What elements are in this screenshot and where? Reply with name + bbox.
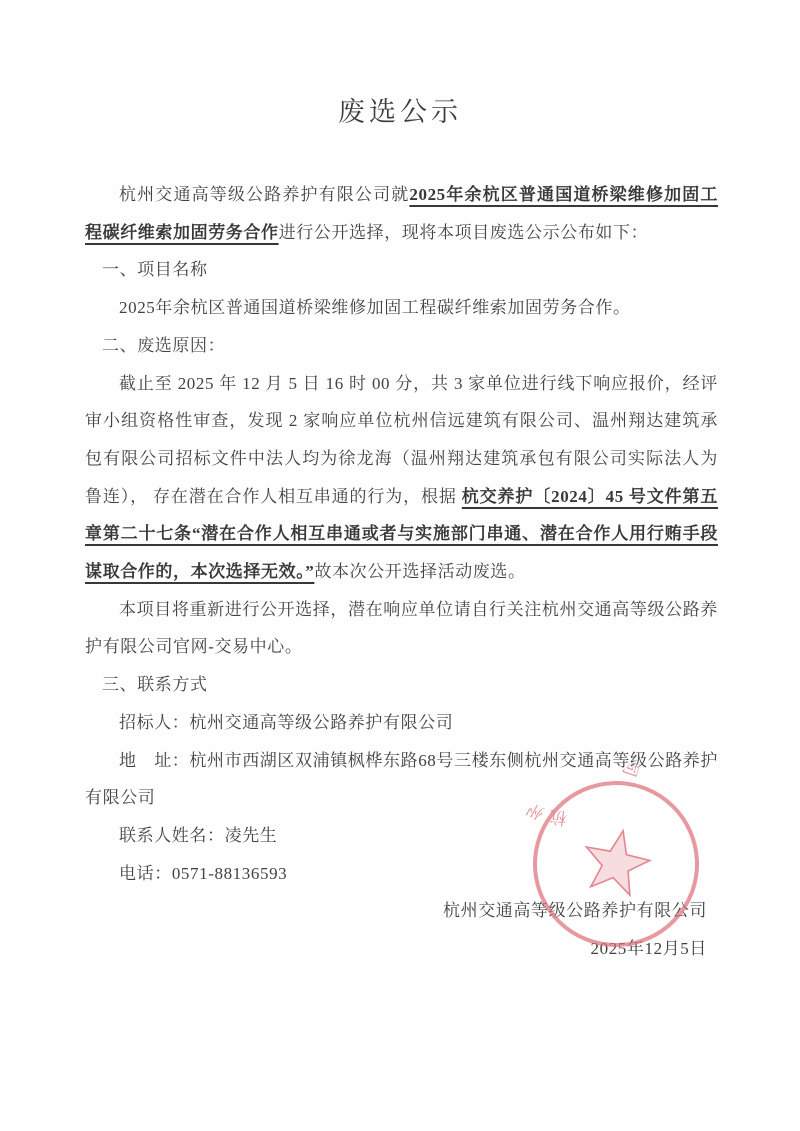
project-name-line: 2025年余杭区普通国道桥梁维修加固工程碳纤维索加固劳务合作。	[85, 289, 718, 327]
contact-person-label: 联系人姓名：	[119, 826, 225, 845]
document-body: 杭州交通高等级公路养护有限公司就2025年余杭区普通国道桥梁维修加固工程碳纤维索…	[85, 176, 718, 968]
reselect-notice-paragraph: 本项目将重新进行公开选择，潜在响应单位请自行关注杭州交通高等级公路养护有限公司官…	[85, 591, 718, 666]
phone-label: 电话：	[119, 864, 172, 883]
intro-suffix: 进行公开选择，现将本项目废选公示公布如下：	[279, 223, 649, 242]
signature-company: 杭州交通高等级公路养护有限公司	[85, 892, 718, 930]
phone-line: 电话：0571-88136593	[85, 855, 718, 893]
contact-person-line: 联系人姓名：凌先生	[85, 817, 718, 855]
bidder-label: 招标人：	[119, 713, 189, 732]
phone-value: 0571-88136593	[172, 864, 287, 883]
reason-paragraph: 截止至 2025 年 12 月 5 日 16 时 00 分，共 3 家单位进行线…	[85, 365, 718, 591]
signature-date: 2025年12月5日	[85, 930, 718, 968]
section-2-heading: 二、废选原因：	[85, 327, 718, 365]
intro-paragraph: 杭州交通高等级公路养护有限公司就2025年余杭区普通国道桥梁维修加固工程碳纤维索…	[85, 176, 718, 251]
document-page: 废选公示 杭州交通高等级公路养护有限公司就2025年余杭区普通国道桥梁维修加固工…	[0, 0, 800, 1131]
section-3-heading: 三、联系方式	[85, 666, 718, 704]
bidder-value: 杭州交通高等级公路养护有限公司	[189, 713, 453, 732]
section-1-heading: 一、项目名称	[85, 251, 718, 289]
page-title: 废选公示	[0, 97, 800, 127]
contact-person-value: 凌先生	[225, 826, 278, 845]
reason-text-2: 故本次公开选择活动废选。	[314, 562, 525, 581]
address-label: 地 址：	[119, 751, 189, 770]
address-line: 地 址：杭州市西湖区双浦镇枫桦东路68号三楼东侧杭州交通高等级公路养护有限公司	[85, 742, 718, 817]
intro-prefix: 杭州交通高等级公路养护有限公司就	[119, 185, 409, 204]
bidder-line: 招标人：杭州交通高等级公路养护有限公司	[85, 704, 718, 742]
